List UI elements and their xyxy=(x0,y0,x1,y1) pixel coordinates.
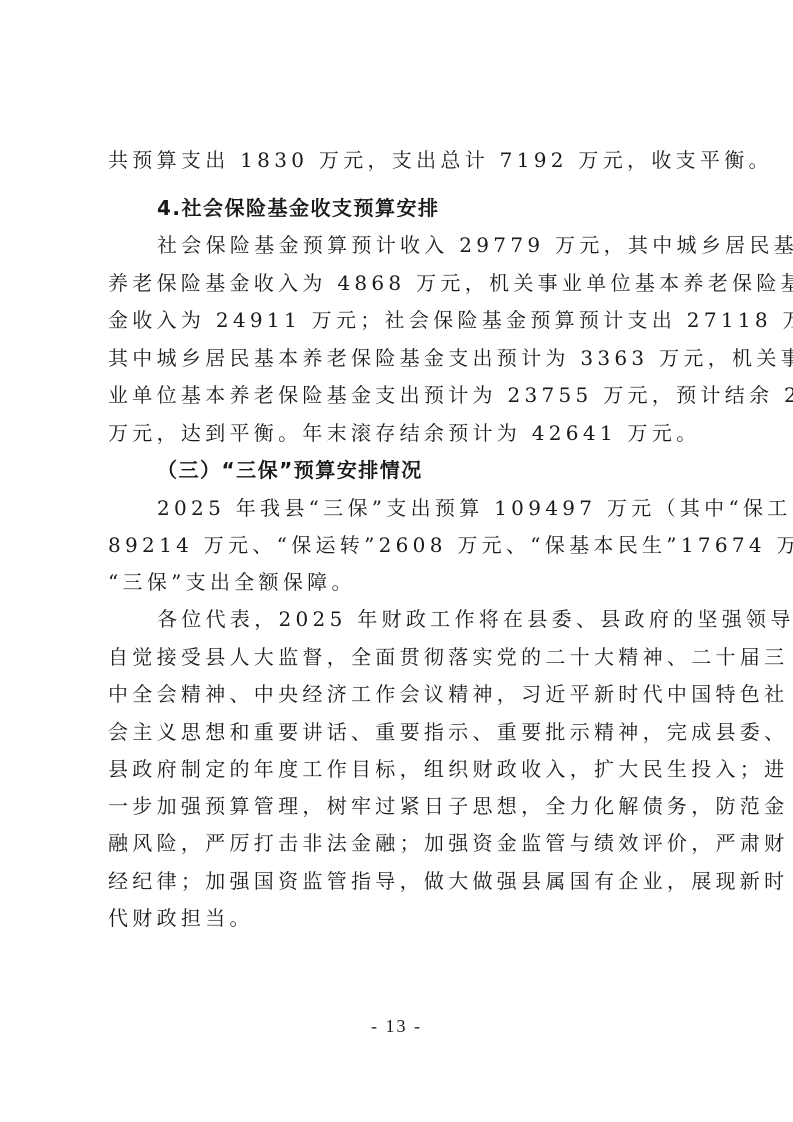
text-line: 社会保险基金预算预计收入 29779 万元，其中城乡居民基本 xyxy=(157,233,793,257)
text-line: 共预算支出 1830 万元，支出总计 7192 万元，收支平衡。 xyxy=(108,148,773,172)
text-line: 会主义思想和重要讲话、重要指示、重要批示精神，完成县委、 xyxy=(108,720,788,744)
text-line: 融风险，严厉打击非法金融；加强资金监管与绩效评价，严肃财 xyxy=(108,831,788,855)
text-line: 金收入为 24911 万元；社会保险基金预算预计支出 27118 万元， xyxy=(108,308,793,332)
document-page: 共预算支出 1830 万元，支出总计 7192 万元，收支平衡。 4.社会保险基… xyxy=(0,0,793,1122)
text-line: 代财政担当。 xyxy=(108,906,254,930)
text-line: 2025 年我县“三保”支出预算 109497 万元（其中“保工资” xyxy=(157,496,793,520)
text-line: 经纪律；加强国资监管指导，做大做强县属国有企业，展现新时 xyxy=(108,869,788,893)
text-line: 养老保险基金收入为 4868 万元，机关事业单位基本养老保险基 xyxy=(108,271,793,295)
text-line: 其中城乡居民基本养老保险基金支出预计为 3363 万元，机关事 xyxy=(108,346,793,370)
text-line: 一步加强预算管理，树牢过紧日子思想，全力化解债务，防范金 xyxy=(108,794,788,818)
text-line: 89214 万元、“保运转”2608 万元、“保基本民生”17674 万元）， xyxy=(108,533,793,557)
text-line: 自觉接受县人大监督，全面贯彻落实党的二十大精神、二十届三 xyxy=(108,645,788,669)
section-heading-three-guarantees: （三）“三保”预算安排情况 xyxy=(157,458,423,482)
text-line: 各位代表，2025 年财政工作将在县委、县政府的坚强领导下， xyxy=(157,607,793,631)
text-line: 县政府制定的年度工作目标，组织财政收入，扩大民生投入；进 xyxy=(108,757,788,781)
text-line: “三保”支出全额保障。 xyxy=(108,570,356,594)
text-line: 业单位基本养老保险基金支出预计为 23755 万元，预计结余 2661 xyxy=(108,383,793,407)
text-line: 中全会精神、中央经济工作会议精神，习近平新时代中国特色社 xyxy=(108,682,788,706)
text-line: 万元，达到平衡。年末滚存结余预计为 42641 万元。 xyxy=(108,421,700,445)
page-number: - 13 - xyxy=(0,1016,793,1037)
section-heading-social-insurance: 4.社会保险基金收支预算安排 xyxy=(157,196,440,220)
